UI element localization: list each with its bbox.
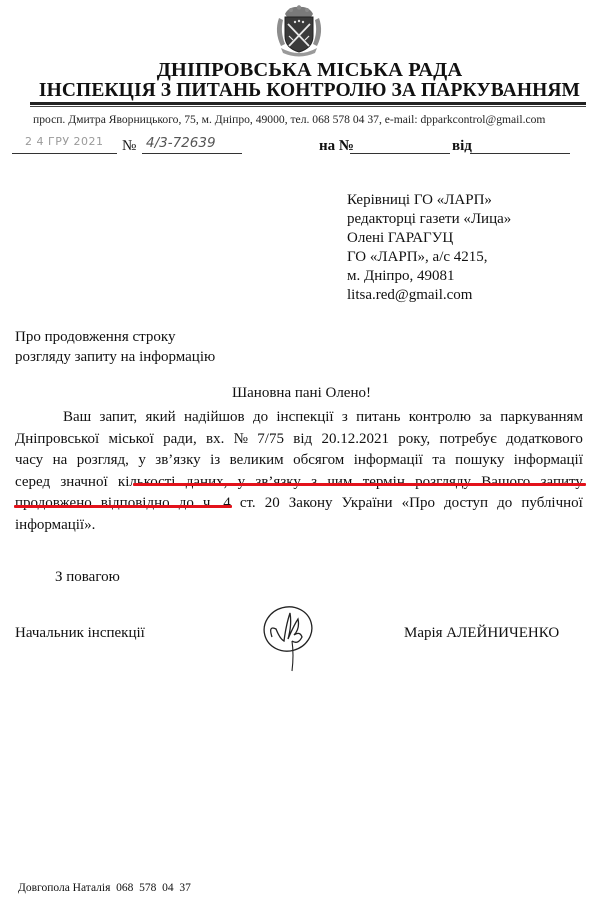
- body-word: додаткового: [506, 429, 583, 451]
- body-word: вх.: [206, 429, 224, 451]
- reference-number-label: на №: [319, 138, 354, 155]
- body-line: інформації».: [15, 515, 583, 537]
- red-highlight-underline: [133, 483, 586, 486]
- recipient-line: редакторці газети «Лица»: [347, 210, 511, 229]
- body-word: до: [497, 493, 512, 515]
- body-word: з: [342, 407, 348, 429]
- body-word: доступ: [444, 493, 488, 515]
- salutation: Шановна пані Олено!: [0, 385, 595, 402]
- header-divider-thick: [30, 102, 586, 105]
- executor-contact: Довгопола Наталія 068 578 04 37: [18, 882, 191, 894]
- body-word: до: [253, 407, 268, 429]
- body-word: до: [179, 493, 194, 515]
- body-word: паркуванням: [500, 407, 583, 429]
- body-word: ст.: [240, 493, 256, 515]
- recipient-line: Керівниці ГО «ЛАРП»: [347, 191, 511, 210]
- handwritten-signature-icon: [250, 595, 330, 675]
- body-word: ради,: [163, 429, 197, 451]
- body-word: надійшов: [184, 407, 245, 429]
- body-word: потребує: [439, 429, 496, 451]
- red-highlight-underline: [14, 505, 232, 508]
- body-word: Дніпровської: [15, 429, 99, 451]
- body-word: України: [342, 493, 393, 515]
- subject-line: Про продовження строку: [15, 327, 215, 347]
- signer-title: Начальник інспекції: [15, 625, 145, 642]
- body-paragraph: Вашзапит,якийнадійшовдоінспекціїзпитаньк…: [15, 407, 583, 536]
- body-word: контролю: [409, 407, 471, 429]
- outgoing-number-label: №: [122, 138, 136, 155]
- subject-block: Про продовження строку розгляду запиту н…: [15, 327, 215, 367]
- body-line: продовженовідповіднодоч.4ст.20ЗаконуУкра…: [15, 493, 583, 515]
- recipient-line: м. Дніпро, 49081: [347, 267, 511, 286]
- body-word: продовжено: [15, 493, 92, 515]
- body-line: Дніпровськоїміськоїради,вх.№7/75від20.12…: [15, 429, 583, 451]
- body-word: №: [234, 429, 248, 451]
- body-word: Ваш: [63, 407, 91, 429]
- body-line: Вашзапит,якийнадійшовдоінспекціїзпитаньк…: [15, 407, 583, 429]
- body-word: року,: [398, 429, 430, 451]
- body-word: «Про: [402, 493, 435, 515]
- body-word: 7/75: [257, 429, 284, 451]
- body-word: міської: [108, 429, 153, 451]
- body-word: інформації: [354, 450, 423, 472]
- reference-number-underline: [350, 153, 450, 154]
- body-word: публічної: [521, 493, 582, 515]
- body-word: обсягом: [293, 450, 344, 472]
- date-underline: [12, 153, 117, 154]
- body-word: із: [210, 450, 220, 472]
- body-word: питань: [356, 407, 400, 429]
- body-word: за: [479, 407, 492, 429]
- body-word: 20: [265, 493, 280, 515]
- signer-name: Марія АЛЕЙНИЧЕНКО: [404, 625, 559, 642]
- body-word: інспекції: [276, 407, 333, 429]
- recipient-line: Олені ГАРАГУЦ: [347, 229, 511, 248]
- outgoing-number-value: 4/3-72639: [146, 135, 216, 151]
- date-stamp: 2 4 ГРУ 2021: [25, 135, 104, 148]
- body-word: ч.: [203, 493, 214, 515]
- body-word: зв’язку: [155, 450, 200, 472]
- body-word: часу: [15, 450, 43, 472]
- body-word: Закону: [289, 493, 333, 515]
- body-word: на: [53, 450, 68, 472]
- organization-address: просп. Дмитра Яворницького, 75, м. Дніпр…: [33, 113, 545, 126]
- organization-name: ДНІПРОВСЬКА МІСЬКА РАДА: [12, 59, 595, 82]
- body-line: часунарозгляд,узв’язкуізвеликимобсягомін…: [15, 450, 583, 472]
- department-name: ІНСПЕКЦІЯ З ПИТАНЬ КОНТРОЛЮ ЗА ПАРКУВАНН…: [12, 80, 595, 102]
- recipient-line: ГО «ЛАРП», а/с 4215,: [347, 248, 511, 267]
- body-word: значної: [60, 472, 107, 494]
- body-word: інформації: [514, 450, 583, 472]
- body-word: та: [432, 450, 445, 472]
- body-word: серед: [15, 472, 50, 494]
- body-word: відповідно: [101, 493, 170, 515]
- body-word: 4: [223, 493, 231, 515]
- body-word: який: [145, 407, 175, 429]
- reference-date-underline: [470, 153, 570, 154]
- body-word: у: [138, 450, 146, 472]
- closing-phrase: З повагою: [55, 569, 120, 586]
- body-word: запит,: [100, 407, 138, 429]
- recipient-email: litsa.red@gmail.com: [347, 286, 511, 305]
- body-word: розгляд,: [77, 450, 129, 472]
- header-divider-thin: [30, 106, 586, 107]
- subject-line: розгляду запиту на інформацію: [15, 347, 215, 367]
- body-word: великим: [230, 450, 284, 472]
- body-word: 20.12.2021: [321, 429, 389, 451]
- recipient-block: Керівниці ГО «ЛАРП» редакторці газети «Л…: [347, 191, 511, 305]
- body-word: від: [293, 429, 312, 451]
- outgoing-number-underline: [142, 153, 242, 154]
- body-word: пошуку: [455, 450, 504, 472]
- city-coat-of-arms-icon: [271, 4, 327, 58]
- reference-date-label: від: [452, 138, 472, 155]
